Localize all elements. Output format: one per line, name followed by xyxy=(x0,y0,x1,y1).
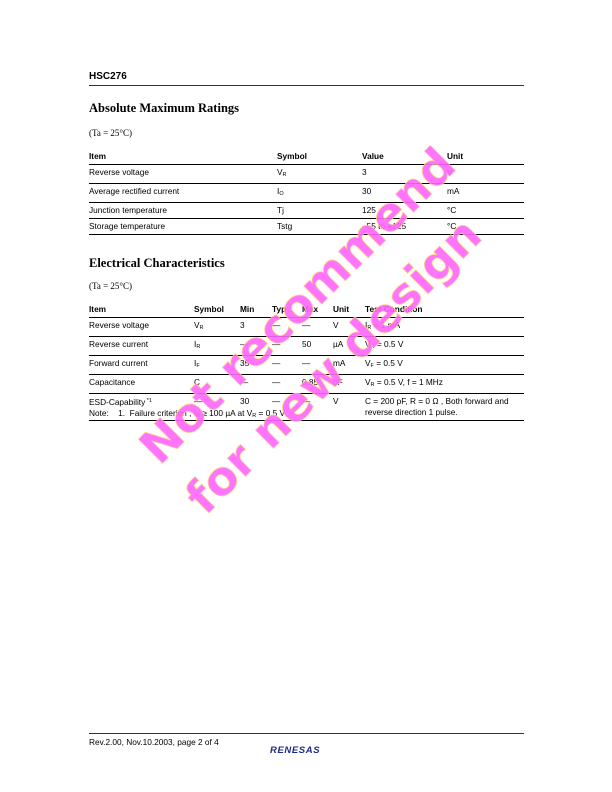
cell-max: 50 xyxy=(302,337,333,356)
cell-unit: V xyxy=(333,318,365,337)
col-header-item: Item xyxy=(89,304,194,318)
note-label: Note: xyxy=(89,408,109,418)
cell-value: 125 xyxy=(362,203,447,219)
col-header-symbol: Symbol xyxy=(194,304,240,318)
abs-max-title: Absolute Maximum Ratings xyxy=(89,101,239,116)
col-header-value: Value xyxy=(362,151,447,165)
cell-unit: mA xyxy=(447,184,524,203)
col-header-item: Item xyxy=(89,151,277,165)
cell-max: — xyxy=(302,394,333,421)
cell-unit: V xyxy=(447,165,524,184)
abs-max-condition: (Ta = 25°C) xyxy=(89,128,132,138)
note-text: ≥ 100 µA at V xyxy=(200,408,252,418)
cell-value: 30 xyxy=(362,184,447,203)
cell-symbol: IO xyxy=(277,184,362,203)
cell-symbol: Tstg xyxy=(277,219,362,235)
table-header-row: Item Symbol Value Unit xyxy=(89,151,524,165)
elec-char-condition: (Ta = 25°C) xyxy=(89,281,132,291)
cell-unit: mA xyxy=(333,356,365,375)
col-header-symbol: Symbol xyxy=(277,151,362,165)
cell-item: Forward current xyxy=(89,356,194,375)
cell-item: Reverse voltage xyxy=(89,165,277,184)
cell-item: Reverse voltage xyxy=(89,318,194,337)
renesas-logo: RENESAS xyxy=(270,745,320,756)
cell-symbol: VR xyxy=(194,318,240,337)
table-row: Reverse currentIR——50µAVR = 0.5 V xyxy=(89,337,524,356)
col-header-test-condition: Test Condition xyxy=(365,304,524,318)
cell-value: 3 xyxy=(362,165,447,184)
col-header-unit: Unit xyxy=(447,151,524,165)
elec-char-title: Electrical Characteristics xyxy=(89,256,225,271)
cell-test-condition: VR = 0.5 V, f = 1 MHz xyxy=(365,375,524,394)
cell-unit: °C xyxy=(447,219,524,235)
col-header-typ: Typ xyxy=(272,304,302,318)
cell-min: — xyxy=(240,375,272,394)
cell-test-condition: C = 200 pF, R = 0 Ω , Both forward and r… xyxy=(365,394,524,421)
table-header-row: Item Symbol Min Typ Max Unit Test Condit… xyxy=(89,304,524,318)
cell-typ: — xyxy=(272,356,302,375)
table-row: Storage temperatureTstg–55 to +125°C xyxy=(89,219,524,235)
cell-max: 0.85 xyxy=(302,375,333,394)
cell-typ: — xyxy=(272,318,302,337)
cell-item: Average rectified current xyxy=(89,184,277,203)
table-row: Average rectified currentIO30mA xyxy=(89,184,524,203)
table-row: Junction temperatureTj125°C xyxy=(89,203,524,219)
elec-char-table: Item Symbol Min Typ Max Unit Test Condit… xyxy=(89,304,524,421)
note-text: Failure criterion ; I xyxy=(130,408,196,418)
table-row: Forward currentIF35——mAVF = 0.5 V xyxy=(89,356,524,375)
col-header-min: Min xyxy=(240,304,272,318)
cell-unit: µA xyxy=(333,337,365,356)
cell-min: 3 xyxy=(240,318,272,337)
datasheet-page: HSC276 Absolute Maximum Ratings (Ta = 25… xyxy=(0,0,612,792)
revision-info: Rev.2.00, Nov.10.2003, page 2 of 4 xyxy=(89,737,219,747)
cell-typ: — xyxy=(272,337,302,356)
cell-value: –55 to +125 xyxy=(362,219,447,235)
note-text: = 0.5 V xyxy=(256,408,285,418)
cell-symbol: IR xyxy=(194,337,240,356)
cell-test-condition: VR = 0.5 V xyxy=(365,337,524,356)
cell-item: Capacitance xyxy=(89,375,194,394)
cell-min: — xyxy=(240,337,272,356)
abs-max-table: Item Symbol Value Unit Reverse voltageVR… xyxy=(89,151,524,235)
cell-test-condition: IR = 1 mA xyxy=(365,318,524,337)
cell-unit: V xyxy=(333,394,365,421)
col-header-unit: Unit xyxy=(333,304,365,318)
cell-min: 35 xyxy=(240,356,272,375)
cell-unit: pF xyxy=(333,375,365,394)
cell-item: Junction temperature xyxy=(89,203,277,219)
cell-symbol: Tj xyxy=(277,203,362,219)
cell-item: Reverse current xyxy=(89,337,194,356)
table-row: CapacitanceC——0.85pFVR = 0.5 V, f = 1 MH… xyxy=(89,375,524,394)
footnote: Note: 1. Failure criterion ; IR ≥ 100 µA… xyxy=(89,408,285,419)
table-row: Reverse voltageVR3V xyxy=(89,165,524,184)
cell-max: — xyxy=(302,318,333,337)
cell-typ: — xyxy=(272,375,302,394)
cell-symbol: IF xyxy=(194,356,240,375)
cell-test-condition: VF = 0.5 V xyxy=(365,356,524,375)
part-number-header: HSC276 xyxy=(89,71,524,82)
footer-divider xyxy=(89,733,524,734)
table-row: Reverse voltageVR3——VIR = 1 mA xyxy=(89,318,524,337)
cell-max: — xyxy=(302,356,333,375)
cell-unit: °C xyxy=(447,203,524,219)
note-number: 1. xyxy=(118,408,125,418)
col-header-max: Max xyxy=(302,304,333,318)
cell-symbol: VR xyxy=(277,165,362,184)
cell-symbol: C xyxy=(194,375,240,394)
cell-item: Storage temperature xyxy=(89,219,277,235)
header-divider xyxy=(89,85,524,86)
